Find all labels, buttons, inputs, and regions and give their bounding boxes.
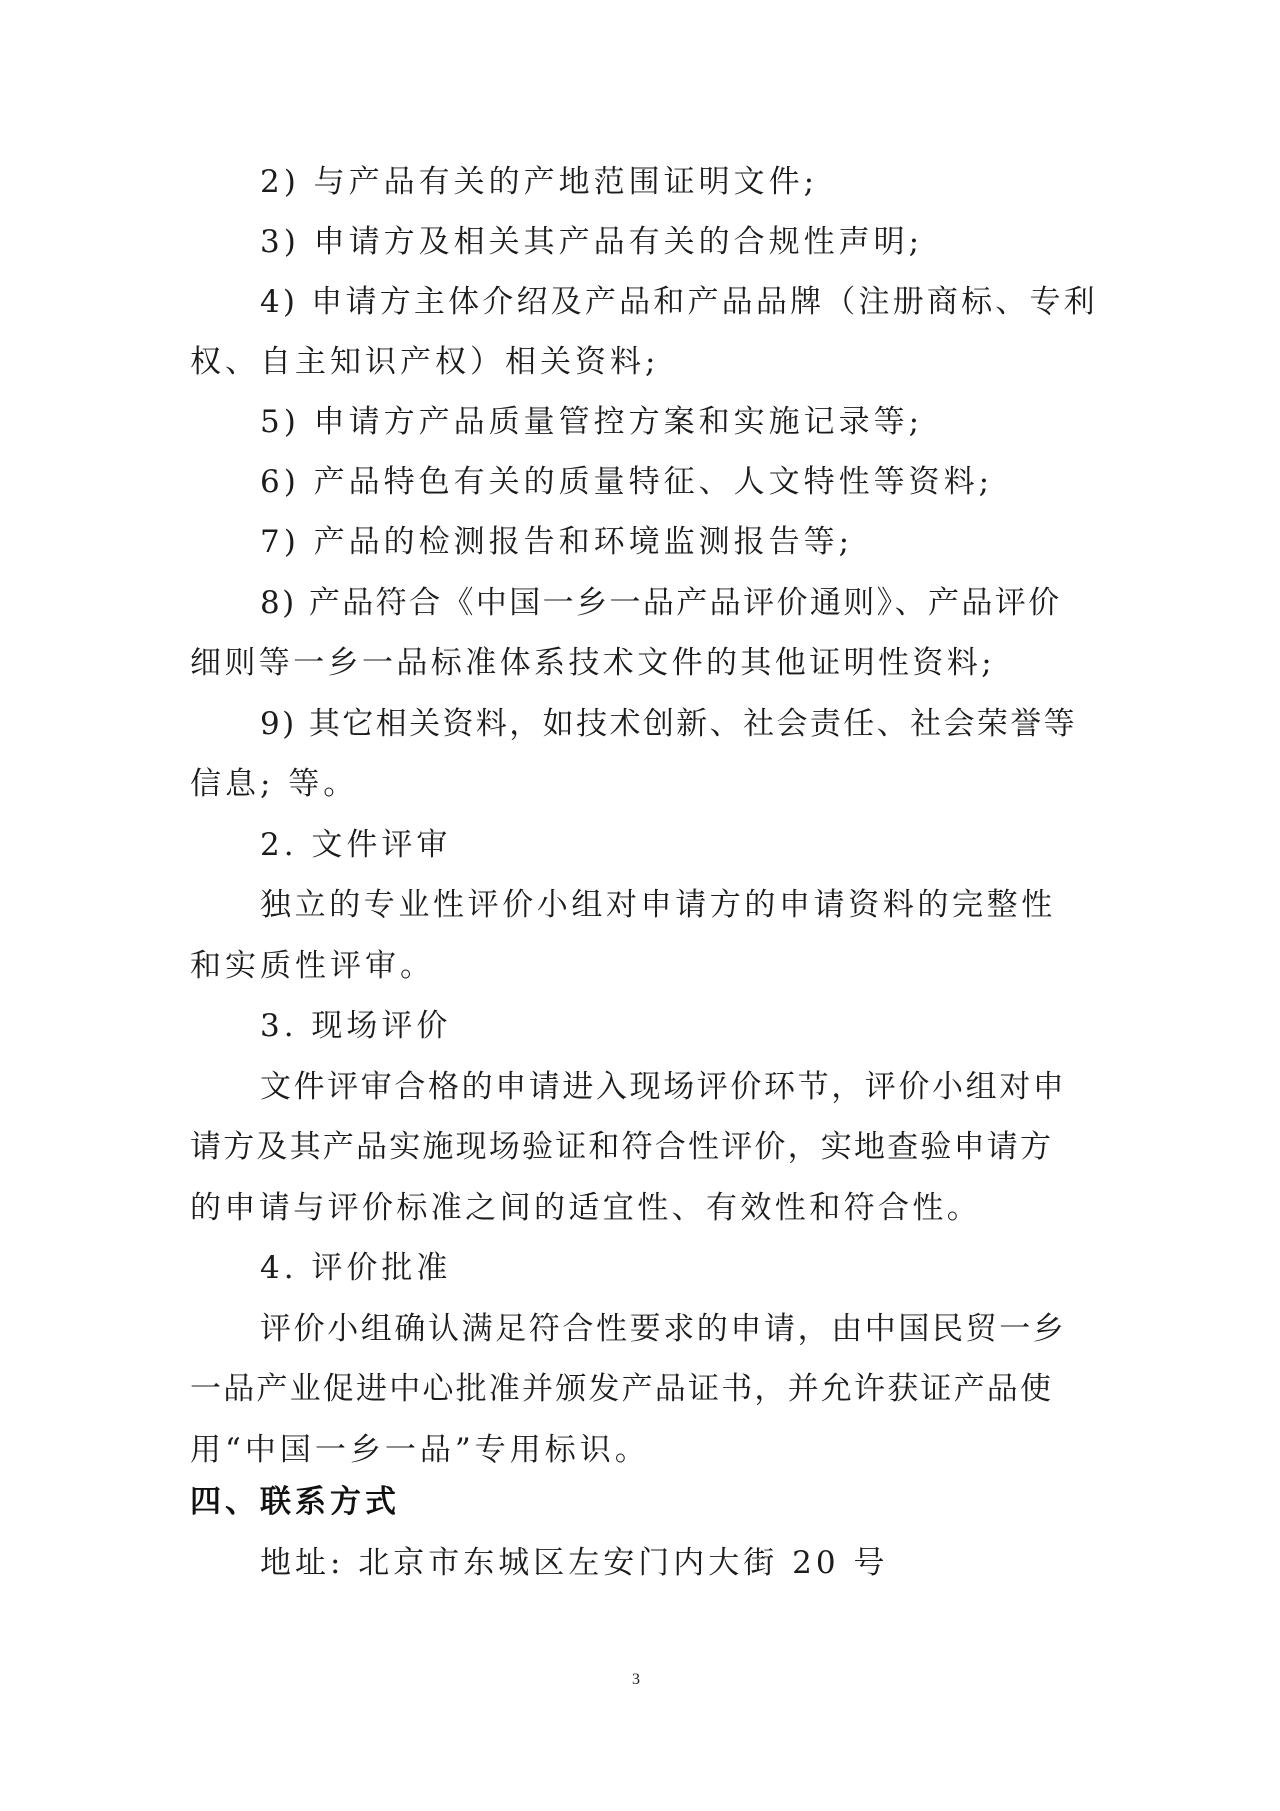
paragraph-onsite-evaluation: 文件评审合格的申请进入现场评价环节，评价小组对申 xyxy=(260,1067,1090,1107)
paragraph-evaluation-approval: 评价小组确认满足符合性要求的申请，由中国民贸一乡 xyxy=(260,1309,1090,1349)
list-item-9: 9) 其它相关资料，如技术创新、社会责任、社会荣誉等 xyxy=(260,704,1090,744)
list-item-4-continued: 权、自主知识产权）相关资料; xyxy=(190,342,1090,382)
page-number: 3 xyxy=(626,1668,646,1692)
list-item-8-continued: 细则等一乡一品标准体系技术文件的其他证明性资料; xyxy=(190,643,1090,683)
section-heading-document-review: 2. 文件评审 xyxy=(260,825,1090,865)
paragraph-evaluation-approval-line-3: 用“中国一乡一品”专用标识。 xyxy=(190,1430,1090,1470)
paragraph-onsite-evaluation-line-3: 的申请与评价标准之间的适宜性、有效性和符合性。 xyxy=(190,1188,1090,1228)
list-item-5: 5) 申请方产品质量管控方案和实施记录等; xyxy=(260,402,1090,442)
list-item-8: 8) 产品符合《中国一乡一品产品评价通则》、产品评价 xyxy=(260,583,1090,623)
list-item-2: 2) 与产品有关的产地范围证明文件; xyxy=(260,162,1090,202)
paragraph-document-review-continued: 和实质性评审。 xyxy=(190,946,1090,986)
paragraph-evaluation-approval-line-2: 一品产业促进中心批准并颁发产品证书，并允许获证产品使 xyxy=(190,1369,1090,1409)
list-item-7: 7) 产品的检测报告和环境监测报告等; xyxy=(260,522,1090,562)
list-item-4: 4) 申请方主体介绍及产品和产品品牌（注册商标、专利 xyxy=(260,282,1090,322)
document-page: 2) 与产品有关的产地范围证明文件; 3) 申请方及相关其产品有关的合规性声明;… xyxy=(0,0,1280,1811)
paragraph-document-review: 独立的专业性评价小组对申请方的申请资料的完整性 xyxy=(260,885,1090,925)
list-item-6: 6) 产品特色有关的质量特征、人文特性等资料; xyxy=(260,462,1090,502)
list-item-3: 3) 申请方及相关其产品有关的合规性声明; xyxy=(260,222,1090,262)
section-heading-onsite-evaluation: 3. 现场评价 xyxy=(260,1006,1090,1046)
list-item-9-continued: 信息; 等。 xyxy=(190,764,1090,804)
paragraph-onsite-evaluation-line-2: 请方及其产品实施现场验证和符合性评价，实地查验申请方 xyxy=(190,1127,1090,1167)
contact-address: 地址: 北京市东城区左安门内大街 20 号 xyxy=(260,1543,1090,1583)
section-heading-contact: 四、联系方式 xyxy=(190,1482,1090,1522)
section-heading-evaluation-approval: 4. 评价批准 xyxy=(260,1248,1090,1288)
